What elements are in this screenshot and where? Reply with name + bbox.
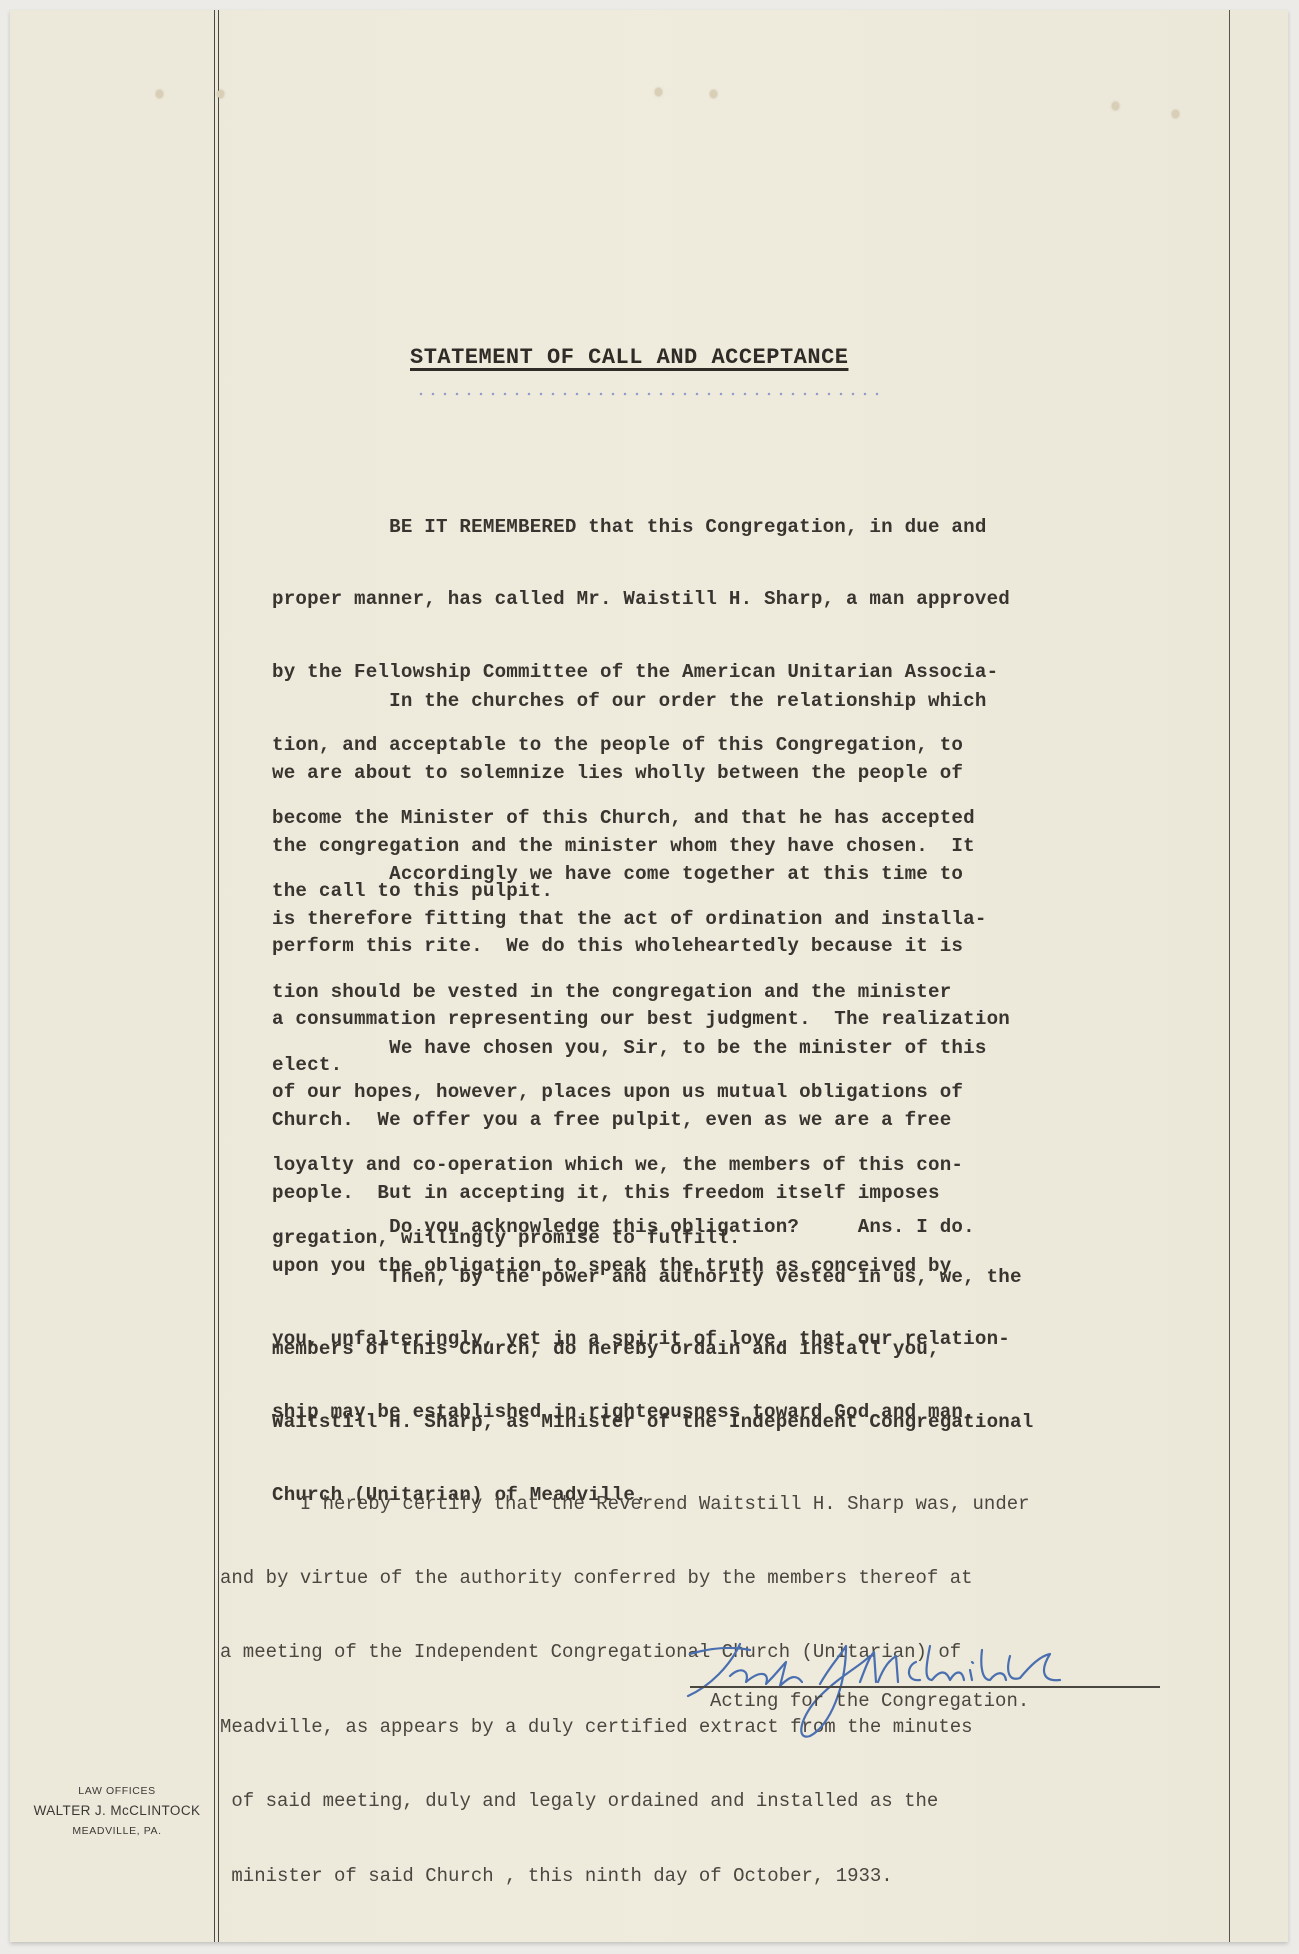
- letterhead-name: WALTER J. McCLINTOCK: [20, 1803, 214, 1818]
- signature-line: [690, 1686, 1160, 1688]
- text-line: and by virtue of the authority conferred…: [220, 1566, 1230, 1591]
- text-line: minister of said Church , this ninth day…: [220, 1864, 1230, 1889]
- text-line: Then, by the power and authority vested …: [272, 1265, 1242, 1289]
- text-line: proper manner, has called Mr. Waistill H…: [272, 587, 1242, 611]
- text-line: Church. We offer you a free pulpit, even…: [272, 1108, 1242, 1132]
- letterhead-line-1: LAW OFFICES: [20, 1785, 214, 1797]
- text-line: we are about to solemnize lies wholly be…: [272, 761, 1242, 785]
- margin-rule-left: [214, 10, 215, 1942]
- document-title: STATEMENT OF CALL AND ACCEPTANCE: [410, 345, 848, 370]
- text-line: In the churches of our order the relatio…: [272, 689, 1242, 713]
- text-line: I hereby certify that the Reverend Waits…: [220, 1492, 1230, 1517]
- punch-hole: [217, 90, 224, 98]
- text-line: Waitstill H. Sharp, as Minister of the I…: [272, 1410, 1242, 1434]
- text-line: perform this rite. We do this wholeheart…: [272, 934, 1242, 958]
- punch-hole: [156, 90, 163, 98]
- punch-hole: [1172, 110, 1179, 118]
- punch-hole: [710, 90, 717, 98]
- text-line: members of this Church, do hereby ordain…: [272, 1337, 1242, 1361]
- text-line: Accordingly we have come together at thi…: [272, 862, 1242, 886]
- punch-hole: [655, 88, 662, 96]
- faint-retyped-title: [415, 392, 885, 396]
- letterhead: LAW OFFICES WALTER J. McCLINTOCK MEADVIL…: [20, 1785, 214, 1837]
- text-line: of said meeting, duly and legaly ordaine…: [220, 1789, 1230, 1814]
- text-line: BE IT REMEMBERED that this Congregation,…: [272, 515, 1242, 539]
- signature-label: Acting for the Congregation.: [710, 1690, 1029, 1712]
- text-line: We have chosen you, Sir, to be the minis…: [272, 1036, 1242, 1060]
- margin-rule-left-inner: [218, 10, 219, 1942]
- letterhead-location: MEADVILLE, PA.: [20, 1825, 214, 1837]
- document-page: STATEMENT OF CALL AND ACCEPTANCE BE IT R…: [10, 10, 1288, 1942]
- punch-hole: [1112, 102, 1119, 110]
